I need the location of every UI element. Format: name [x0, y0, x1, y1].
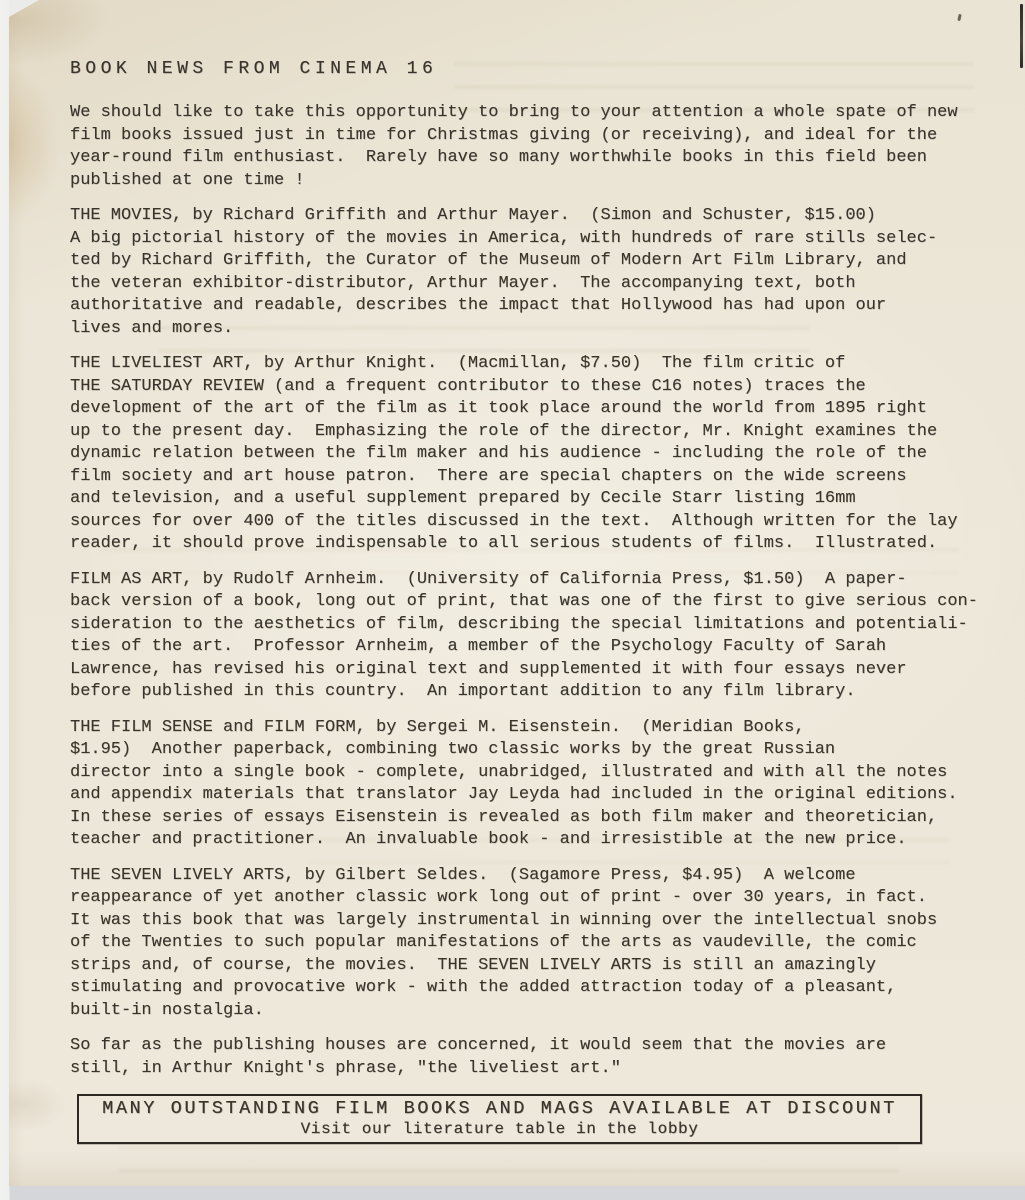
- page-content: BOOK NEWS FROM CINEMA 16 We should like …: [70, 0, 1005, 1144]
- bleed-through-texture: [119, 1146, 899, 1178]
- review-film-as-art: FILM AS ART, by Rudolf Arnheim. (Univers…: [70, 569, 1005, 704]
- discount-notice-subheading: Visit our literature table in the lobby: [79, 1120, 920, 1139]
- review-seven-lively-arts: THE SEVEN LIVELY ARTS, by Gilbert Seldes…: [70, 865, 1005, 1023]
- discount-notice-box: MANY OUTSTANDING FILM BOOKS AND MAGS AVA…: [77, 1094, 922, 1144]
- review-the-liveliest-art: THE LIVELIEST ART, by Arthur Knight. (Ma…: [70, 353, 1005, 556]
- scanned-page-background: BOOK NEWS FROM CINEMA 16 We should like …: [0, 0, 1025, 1200]
- scan-edge-mark: [1020, 4, 1023, 68]
- closing-paragraph: So far as the publishing houses are conc…: [70, 1035, 1005, 1080]
- intro-paragraph: We should like to take this opportunity …: [70, 102, 1005, 192]
- review-the-movies: THE MOVIES, by Richard Griffith and Arth…: [70, 205, 1005, 340]
- newsletter-page: BOOK NEWS FROM CINEMA 16 We should like …: [9, 0, 1025, 1186]
- page-title: BOOK NEWS FROM CINEMA 16: [70, 0, 1005, 82]
- review-film-sense-and-film-form: THE FILM SENSE and FILM FORM, by Sergei …: [70, 717, 1005, 852]
- discount-notice-heading: MANY OUTSTANDING FILM BOOKS AND MAGS AVA…: [79, 1098, 920, 1120]
